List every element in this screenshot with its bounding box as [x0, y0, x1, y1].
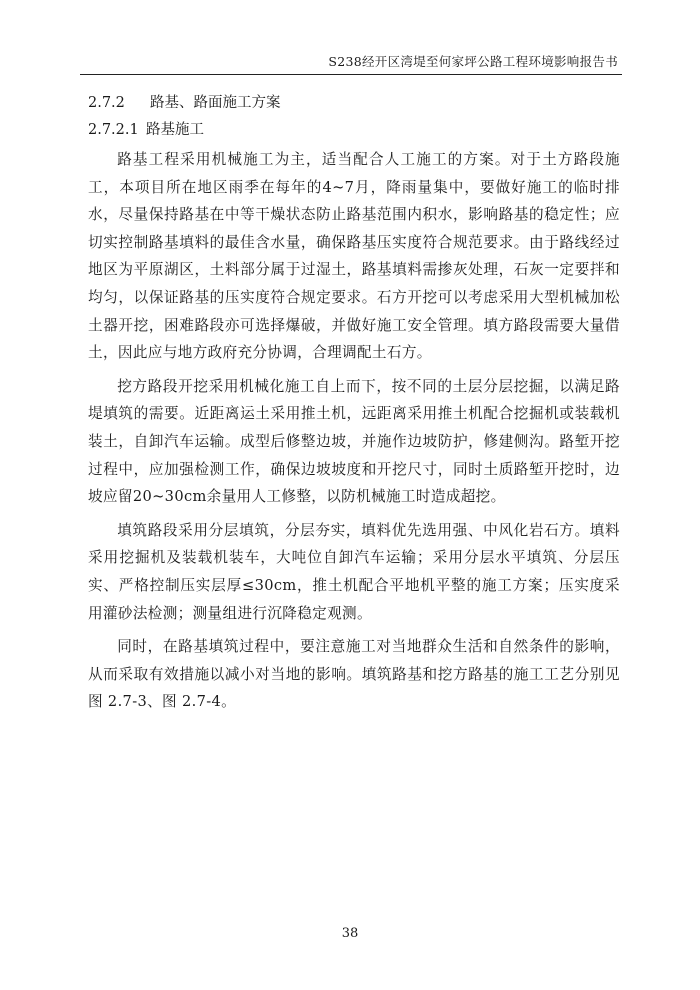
section-number: 2.7.2.1 — [88, 117, 146, 144]
section-title: 路基施工 — [146, 122, 204, 138]
page-header: S238经开区湾堤至何家坪公路工程环境影响报告书 — [80, 50, 622, 75]
paragraph-excavation: 挖方路段开挖采用机械化施工自上而下，按不同的土层分层挖掘，以满足路堤填筑的需要。… — [88, 373, 620, 511]
paragraph-impact-mitigation: 同时，在路基填筑过程中，要注意施工对当地群众生活和自然条件的影响，从而采取有效措… — [88, 633, 620, 716]
section-heading-2-7-2-1: 2.7.2.1路基施工 — [88, 117, 620, 144]
section-number: 2.7.2 — [88, 90, 150, 117]
paragraph-subgrade-method: 路基工程采用机械施工为主，适当配合人工施工的方案。对于土方路段施工，本项目所在地… — [88, 146, 620, 367]
page-number: 38 — [0, 926, 700, 941]
document-body: 2.7.2路基、路面施工方案 2.7.2.1路基施工 路基工程采用机械施工为主，… — [88, 90, 620, 716]
document-title: S238经开区湾堤至何家坪公路工程环境影响报告书 — [328, 52, 618, 70]
section-heading-2-7-2: 2.7.2路基、路面施工方案 — [88, 90, 620, 117]
paragraph-fill-sections: 填筑路段采用分层填筑，分层夯实，填料优先选用强、中风化岩石方。填料采用挖掘机及装… — [88, 517, 620, 627]
section-title: 路基、路面施工方案 — [150, 95, 281, 111]
